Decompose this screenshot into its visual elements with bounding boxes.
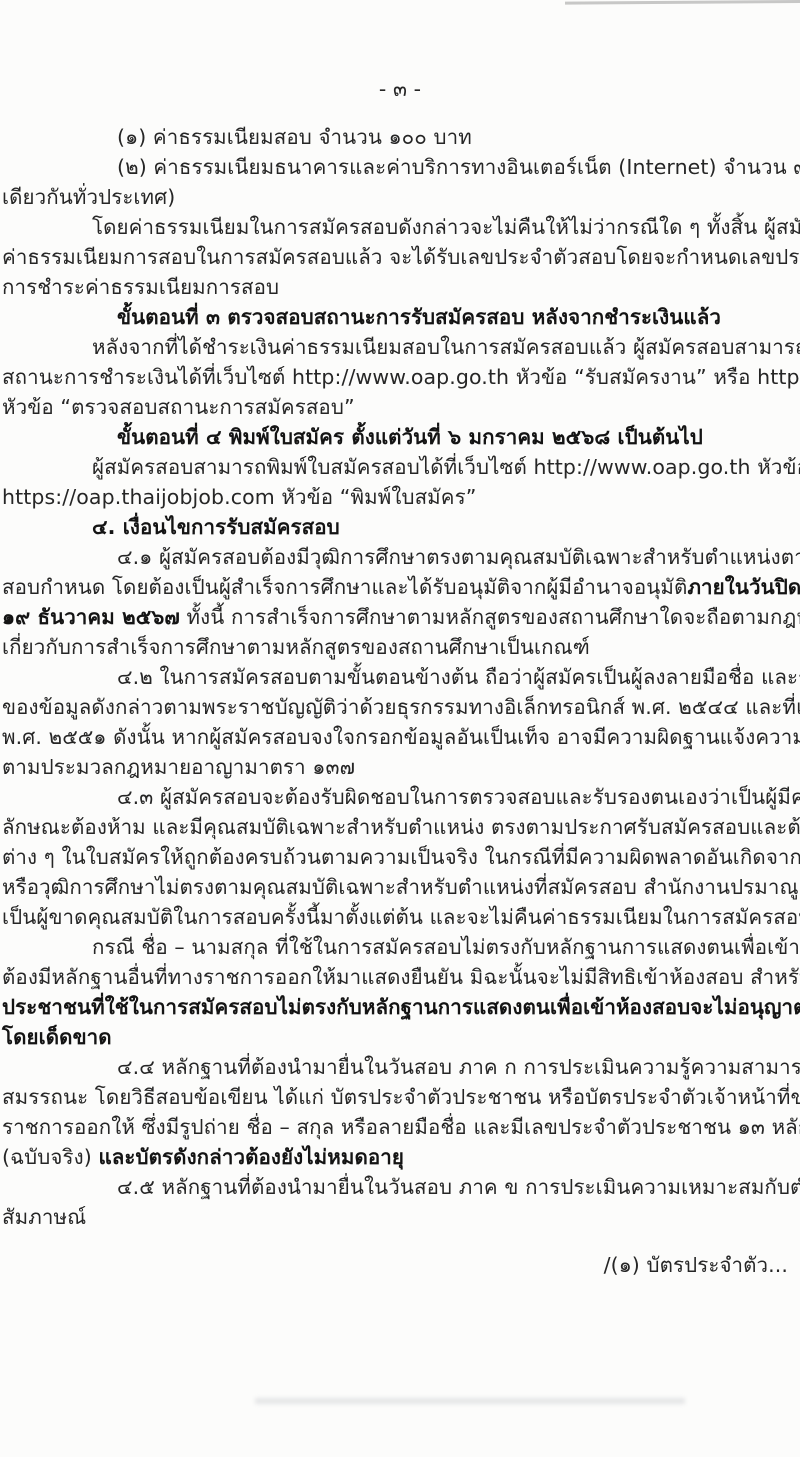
fee-item-1: (๑) ค่าธรรมเนียมสอบ จำนวน ๑๐๐ บาท <box>2 122 798 152</box>
document-body: - ๓ -(๑) ค่าธรรมเนียมสอบ จำนวน ๑๐๐ บาท(๒… <box>2 74 798 1280</box>
text-line: สมรรถนะ โดยวิธีสอบข้อเขียน ได้แก่ บัตรปร… <box>2 1082 798 1112</box>
text-line: ๑๙ ธันวาคม ๒๕๖๗ ทั้งนี้ การสำเร็จการศึกษ… <box>2 602 798 632</box>
text-line: โดยเด็ดขาด <box>2 1022 798 1052</box>
clause-4-1: ๔.๑ ผู้สมัครสอบต้องมีวุฒิการศึกษาตรงตามค… <box>2 542 798 572</box>
step-3-heading: ขั้นตอนที่ ๓ ตรวจสอบสถานะการรับสมัครสอบ … <box>2 302 798 332</box>
text-line: ต่าง ๆ ในใบสมัครให้ถูกต้องครบถ้วนตามความ… <box>2 842 798 872</box>
text-line: สอบกำหนด โดยต้องเป็นผู้สำเร็จการศึกษาและ… <box>2 572 798 602</box>
text-line: ประชาชนที่ใช้ในการสมัครสอบไม่ตรงกับหลักฐ… <box>2 992 798 1022</box>
fee-item-2: (๒) ค่าธรรมเนียมธนาคารและค่าบริการทางอิน… <box>2 152 798 182</box>
text-line: สัมภาษณ์ <box>2 1202 798 1232</box>
clause-4-4: ๔.๔ หลักฐานที่ต้องนำมายื่นในวันสอบ ภาค ก… <box>2 1052 798 1082</box>
step-4-heading: ขั้นตอนที่ ๔ พิมพ์ใบสมัคร ตั้งแต่วันที่ … <box>2 422 798 452</box>
text-line: เดียวกันทั่วประเทศ) <box>2 182 798 212</box>
text-line: เป็นผู้ขาดคุณสมบัติในการสอบครั้งนี้มาตั้… <box>2 902 798 932</box>
continuation-marker: /(๑) บัตรประจำตัว... <box>2 1250 798 1280</box>
text-line: ลักษณะต้องห้าม และมีคุณสมบัติเฉพาะสำหรับ… <box>2 812 798 842</box>
text-line: หรือวุฒิการศึกษาไม่ตรงตามคุณสมบัติเฉพาะส… <box>2 872 798 902</box>
text-line: ของข้อมูลดังกล่าวตามพระราชบัญญัติว่าด้วย… <box>2 692 798 722</box>
text-line: ต้องมีหลักฐานอื่นที่ทางราชการออกให้มาแสด… <box>2 962 798 992</box>
text-line: ตามประมวลกฎหมายอาญามาตรา ๑๓๗ <box>2 752 798 782</box>
text-line: พ.ศ. ๒๕๕๑ ดังนั้น หากผู้สมัครสอบจงใจกรอก… <box>2 722 798 752</box>
text-line: (ฉบับจริง) และบัตรดังกล่าวต้องยังไม่หมดอ… <box>2 1142 798 1172</box>
text-line: โดยค่าธรรมเนียมในการสมัครสอบดังกล่าวจะไม… <box>2 212 798 242</box>
clause-4-5: ๔.๕ หลักฐานที่ต้องนำมายื่นในวันสอบ ภาค ข… <box>2 1172 798 1202</box>
text-line: ผู้สมัครสอบสามารถพิมพ์ใบสมัครสอบได้ที่เว… <box>2 452 798 482</box>
text-line: เกี่ยวกับการสำเร็จการศึกษาตามหลักสูตรของ… <box>2 632 798 662</box>
text-line: ราชการออกให้ ซึ่งมีรูปถ่าย ชื่อ – สกุล ห… <box>2 1112 798 1142</box>
text-line: หลังจากที่ได้ชำระเงินค่าธรรมเนียมสอบในกา… <box>2 332 798 362</box>
clause-4-3: ๔.๓ ผู้สมัครสอบจะต้องรับผิดชอบในการตรวจส… <box>2 782 798 812</box>
document-page: { "colors": { "paper": "#fcfcfb", "ink":… <box>0 0 800 1457</box>
text-line: การชำระค่าธรรมเนียมการสอบ <box>2 272 798 302</box>
scan-artifact-top <box>565 0 800 5</box>
scan-artifact-bottom <box>255 1398 685 1404</box>
text-line: ค่าธรรมเนียมการสอบในการสมัครสอบแล้ว จะได… <box>2 242 798 272</box>
text-line: สถานะการชำระเงินได้ที่เว็บไซต์ http://ww… <box>2 362 798 392</box>
text-line: หัวข้อ “ตรวจสอบสถานะการสมัครสอบ” <box>2 392 798 422</box>
page-number: - ๓ - <box>2 74 798 104</box>
text-line: กรณี ชื่อ – นามสกุล ที่ใช้ในการสมัครสอบไ… <box>2 932 798 962</box>
scanned-document: - ๓ -(๑) ค่าธรรมเนียมสอบ จำนวน ๑๐๐ บาท(๒… <box>0 0 800 1457</box>
text-line: https://oap.thaijobjob.com หัวข้อ “พิมพ์… <box>2 482 798 512</box>
section-4-heading: ๔. เงื่อนไขการรับสมัครสอบ <box>2 512 798 542</box>
clause-4-2: ๔.๒ ในการสมัครสอบตามขั้นตอนข้างต้น ถือว่… <box>2 662 798 692</box>
